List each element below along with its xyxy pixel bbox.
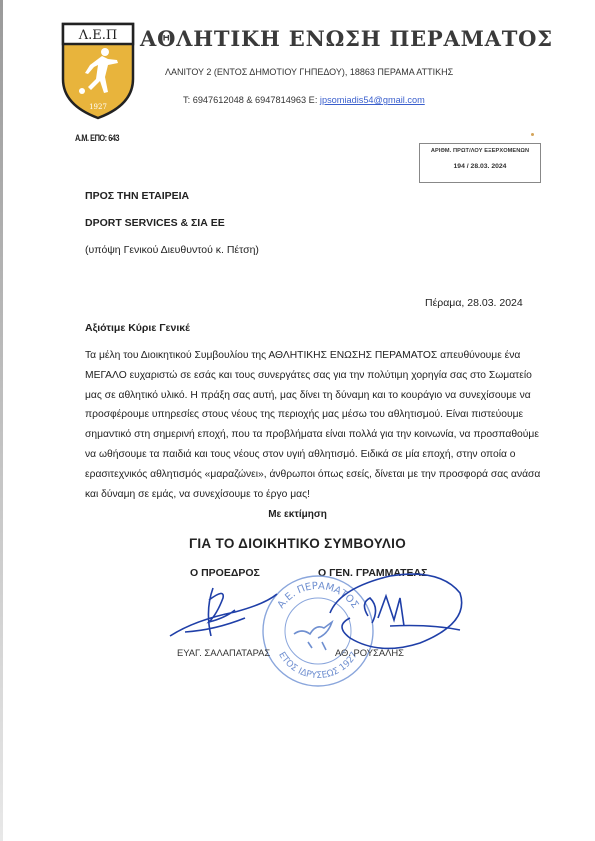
email-link[interactable]: jpsomiadis54@gmail.com — [320, 95, 425, 105]
phone-numbers: Τ: 6947612048 & 6947814963 Ε: — [183, 95, 320, 105]
organization-contact: Τ: 6947612048 & 6947814963 Ε: jpsomiadis… — [183, 95, 425, 105]
recipient-line-1: ΠΡΟΣ ΤΗΝ ΕΤΑΙΡΕΙΑ — [85, 190, 259, 217]
protocol-number-box: ΑΡΙΘΜ. ΠΡΩΤ/ΛΟΥ ΕΞΕΡΧΟΜΕΝΩΝ 194 / 28.03.… — [419, 143, 541, 183]
secretary-name: ΑΘ. ΡΟΥΣΑΛΗΣ — [335, 647, 404, 658]
svg-text:1927: 1927 — [89, 103, 107, 111]
club-crest-logo: Λ.Ε.Π 1927 — [60, 21, 136, 121]
protocol-label: ΑΡΙΘΜ. ΠΡΩΤ/ΛΟΥ ΕΞΕΡΧΟΜΕΝΩΝ — [420, 148, 540, 154]
closing: Με εκτίμηση — [0, 509, 595, 520]
salutation: Αξιότιμε Κύριε Γενικέ — [85, 322, 190, 334]
place-date: Πέραμα, 28.03. 2024 — [425, 297, 523, 309]
recipient-attention: (υπόψη Γενικού Διευθυντού κ. Πέτση) — [85, 244, 259, 271]
organization-address: ΛΑΝΙΤΟΥ 2 (ΕΝΤΟΣ ΔΗΜΟΤΙΟΥ ΓΗΠΕΔΟΥ), 1886… — [165, 67, 453, 77]
stray-mark — [531, 133, 534, 136]
page-edge-shadow — [0, 0, 3, 841]
recipient-company: DPORT SERVICES & ΣΙΑ ΕΕ — [85, 217, 259, 244]
board-heading: ΓΙΑ ΤΟ ΔΙΟΙΚΗΤΙΚΟ ΣΥΜΒΟΥΛΙΟ — [0, 536, 595, 551]
organization-name: ΑΘΛΗΤΙΚΗ ΕΝΩΣΗ ΠΕΡΑΜΑΤΟΣ — [140, 26, 553, 51]
protocol-value: 194 / 28.03. 2024 — [420, 163, 540, 170]
registration-number: Α.Μ. ΕΠΟ: 643 — [75, 133, 119, 143]
president-role: Ο ΠΡΟΕΔΡΟΣ — [190, 567, 260, 579]
svg-text:Λ.Ε.Π: Λ.Ε.Π — [78, 28, 117, 43]
recipient-block: ΠΡΟΣ ΤΗΝ ΕΤΑΙΡΕΙΑ DPORT SERVICES & ΣΙΑ Ε… — [85, 190, 259, 271]
letter-body: Τα μέλη του Διοικητικού Συμβουλίου της Α… — [85, 346, 545, 504]
president-name: ΕΥΑΓ. ΣΑΛΑΠΑΤΑΡΑΣ — [177, 647, 270, 658]
